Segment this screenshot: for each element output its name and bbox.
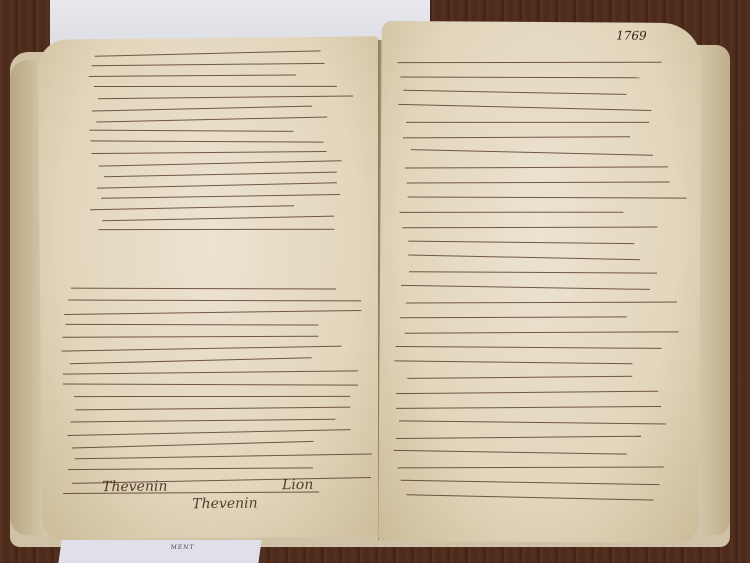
handwriting-line — [62, 336, 318, 338]
handwriting-line — [396, 406, 661, 409]
handwriting-line — [91, 63, 324, 67]
handwriting-line — [396, 391, 658, 395]
handwriting-line — [97, 182, 337, 189]
handwriting-line — [401, 285, 650, 290]
handwriting-line — [402, 227, 657, 229]
handwriting-line — [406, 302, 677, 304]
handwriting-line — [92, 106, 312, 112]
sheet-text: MENT — [170, 544, 195, 551]
handwriting-line — [406, 494, 653, 501]
handwriting-line — [397, 62, 661, 64]
handwriting-line — [396, 436, 641, 440]
handwriting-line — [97, 116, 328, 122]
handwriting-line — [90, 205, 294, 210]
handwriting-line — [395, 346, 661, 349]
handwriting-line — [101, 194, 340, 199]
handwriting-line — [103, 216, 335, 222]
signature: Thevenin — [192, 496, 258, 513]
handwriting-line — [99, 160, 342, 167]
handwriting-line — [89, 74, 296, 77]
handwriting-line — [405, 166, 668, 168]
handwriting-line — [74, 396, 350, 398]
handwriting-line — [406, 122, 649, 123]
handwriting-line — [90, 140, 323, 143]
handwriting-line — [104, 172, 337, 178]
handwriting-line — [408, 196, 687, 199]
paper-sheet-bottom: MENT — [58, 540, 261, 563]
handwriting-line — [411, 149, 653, 156]
handwriting-line — [64, 310, 361, 315]
handwriting-line — [95, 50, 321, 57]
handwriting-line — [398, 466, 664, 468]
signature: Lion — [282, 477, 313, 493]
right-page: 1769 — [378, 21, 702, 543]
handwriting-line — [89, 130, 293, 133]
signature: Thevenin — [102, 478, 168, 495]
handwriting-line — [98, 96, 353, 100]
left-page: TheveninTheveninLion — [37, 36, 387, 540]
handwriting-line — [400, 480, 659, 486]
handwriting-line — [62, 346, 342, 352]
handwriting-line — [407, 181, 670, 183]
handwriting-line — [91, 151, 326, 154]
handwriting-line — [399, 212, 623, 213]
handwriting-line — [408, 376, 633, 380]
handwriting-line — [98, 229, 334, 231]
folio-number: 1769 — [616, 29, 647, 43]
handwriting-line — [71, 419, 336, 423]
handwriting-line — [403, 136, 630, 139]
handwriting-line — [400, 316, 627, 318]
handwriting-line — [399, 104, 652, 112]
handwriting-line — [67, 429, 350, 436]
handwriting-line — [75, 407, 350, 411]
handwriting-line — [394, 360, 632, 364]
handwriting-line — [68, 467, 313, 470]
handwriting-line — [404, 331, 678, 334]
handwriting-line — [400, 76, 639, 78]
handwriting-line — [72, 441, 314, 449]
handwriting-line — [70, 357, 311, 364]
handwriting-line — [68, 300, 361, 302]
handwriting-line — [65, 324, 318, 326]
handwriting-line — [408, 255, 640, 261]
handwriting-line — [71, 288, 336, 290]
handwriting-line — [404, 90, 627, 96]
handwriting-line — [63, 370, 358, 375]
handwriting-line — [63, 383, 358, 386]
handwriting-line — [399, 420, 666, 424]
handwriting-line — [408, 241, 634, 245]
handwriting-line — [409, 271, 657, 274]
handwriting-line — [94, 86, 337, 88]
handwriting-line — [75, 453, 372, 459]
handwriting-line — [394, 450, 627, 455]
